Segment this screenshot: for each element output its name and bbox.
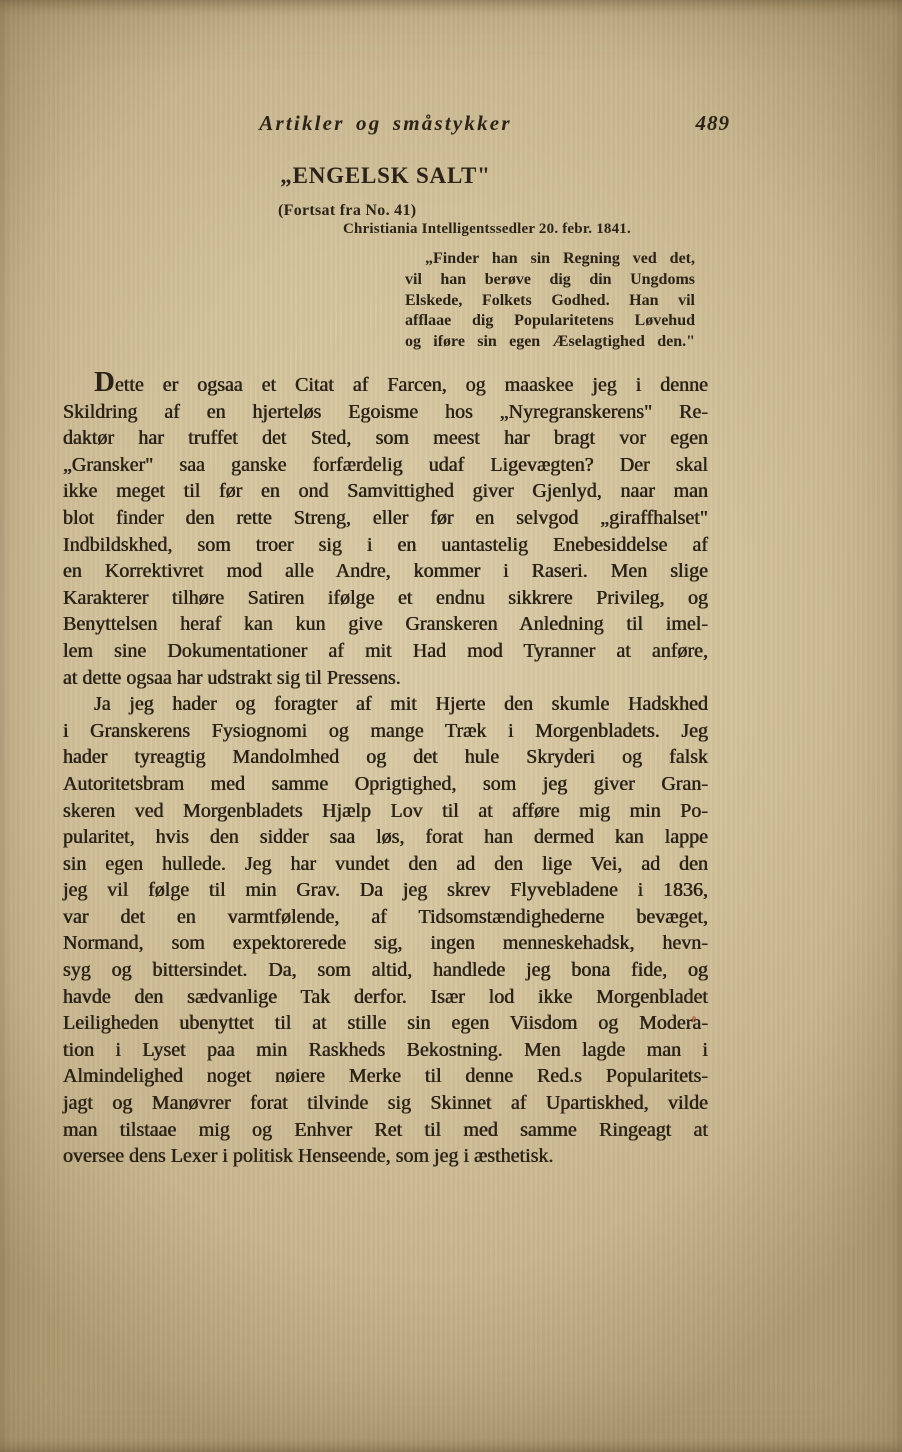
text-line: i Granskerens Fysiognomi og mange Træk i…: [63, 718, 708, 745]
text-line: lem sine Dokumentationer af mit Had mod …: [63, 638, 708, 665]
text-line: syg og bittersindet. Da, som altid, hand…: [63, 957, 708, 984]
text-line: en Korrektivret mod alle Andre, kommer i…: [63, 558, 708, 585]
text-line: ikke meget til før en ond Samvittighed g…: [63, 478, 708, 505]
text-line: havde den sædvanlige Tak derfor. Især lo…: [63, 984, 708, 1011]
text-line: tion i Lyset paa min Raskheds Bekostning…: [63, 1037, 708, 1064]
page-number: 489: [696, 111, 731, 136]
text-line: Benyttelsen heraf kan kun give Granskere…: [63, 611, 708, 638]
quote-line: afflaae dig Popularitetens Løvehud: [405, 311, 695, 332]
text-line: oversee dens Lexer i politisk Henseende,…: [63, 1143, 708, 1170]
text-line: skeren ved Morgenbladets Hjælp Lov til a…: [63, 798, 708, 825]
text-line: Ja jeg hader og foragter af mit Hjerte d…: [63, 691, 708, 718]
text-line: man tilstaae mig og Enhver Ret til med s…: [63, 1117, 708, 1144]
article-subtitle: (Fortsat fra No. 41): [278, 202, 416, 220]
text-line: jeg vil følge til min Grav. Da jeg skrev…: [63, 877, 708, 904]
paper-speck: [692, 1016, 696, 1022]
text-line: Autoritetsbram med samme Oprigtighed, so…: [63, 771, 708, 798]
article-title: „ENGELSK SALT": [63, 163, 708, 189]
book-page: Artikler og småstykker 489 „ENGELSK SALT…: [0, 0, 902, 1452]
text-line: at dette ogsaa har udstrakt sig til Pres…: [63, 665, 708, 692]
text-line: Almindelighed noget nøiere Merke til den…: [63, 1063, 708, 1090]
text-line: „Gransker" saa ganske forfærdelig udaf L…: [63, 452, 708, 479]
text-line: Karakterer tilhøre Satiren ifølge et end…: [63, 585, 708, 612]
text-line: blot finder den rette Streng, eller før …: [63, 505, 708, 532]
text-line: pularitet, hvis den sidder saa løs, fora…: [63, 824, 708, 851]
text-line: var det en varmtfølende, af Tidsomstændi…: [63, 904, 708, 931]
epigraph-quote: „Finder han sin Regning ved det,vil han …: [405, 249, 695, 353]
text-line: Leiligheden ubenyttet til at stille sin …: [63, 1010, 708, 1037]
quote-line: „Finder han sin Regning ved det,: [405, 249, 695, 270]
drop-cap: D: [94, 366, 115, 398]
text-line: Dette er ogsaa et Citat af Farcen, og ma…: [63, 372, 708, 399]
running-header-title: Artikler og småstykker: [259, 111, 511, 135]
quote-line: Elskede, Folkets Godhed. Han vil: [405, 291, 695, 312]
text-line: daktør har truffet det Sted, som meest h…: [63, 425, 708, 452]
article-body: Dette er ogsaa et Citat af Farcen, og ma…: [63, 372, 708, 1170]
article-dateline: Christiania Intelligentssedler 20. febr.…: [343, 221, 631, 238]
quote-line: vil han berøve dig din Ungdoms: [405, 270, 695, 291]
text-line: hader tyreagtig Mandolmhed og det hule S…: [63, 744, 708, 771]
text-line: sin egen hullede. Jeg har vundet den ad …: [63, 851, 708, 878]
text-line: jagt og Manøvrer forat tilvinde sig Skin…: [63, 1090, 708, 1117]
running-header: Artikler og småstykker 489: [63, 111, 708, 136]
text-line: Normand, som expektorerede sig, ingen me…: [63, 930, 708, 957]
quote-line: og iføre sin egen Æselagtighed den.": [405, 332, 695, 353]
text-line: Skildring af en hjerteløs Egoisme hos „N…: [63, 399, 708, 426]
text-line: Indbildskhed, som troer sig i en uantast…: [63, 532, 708, 559]
